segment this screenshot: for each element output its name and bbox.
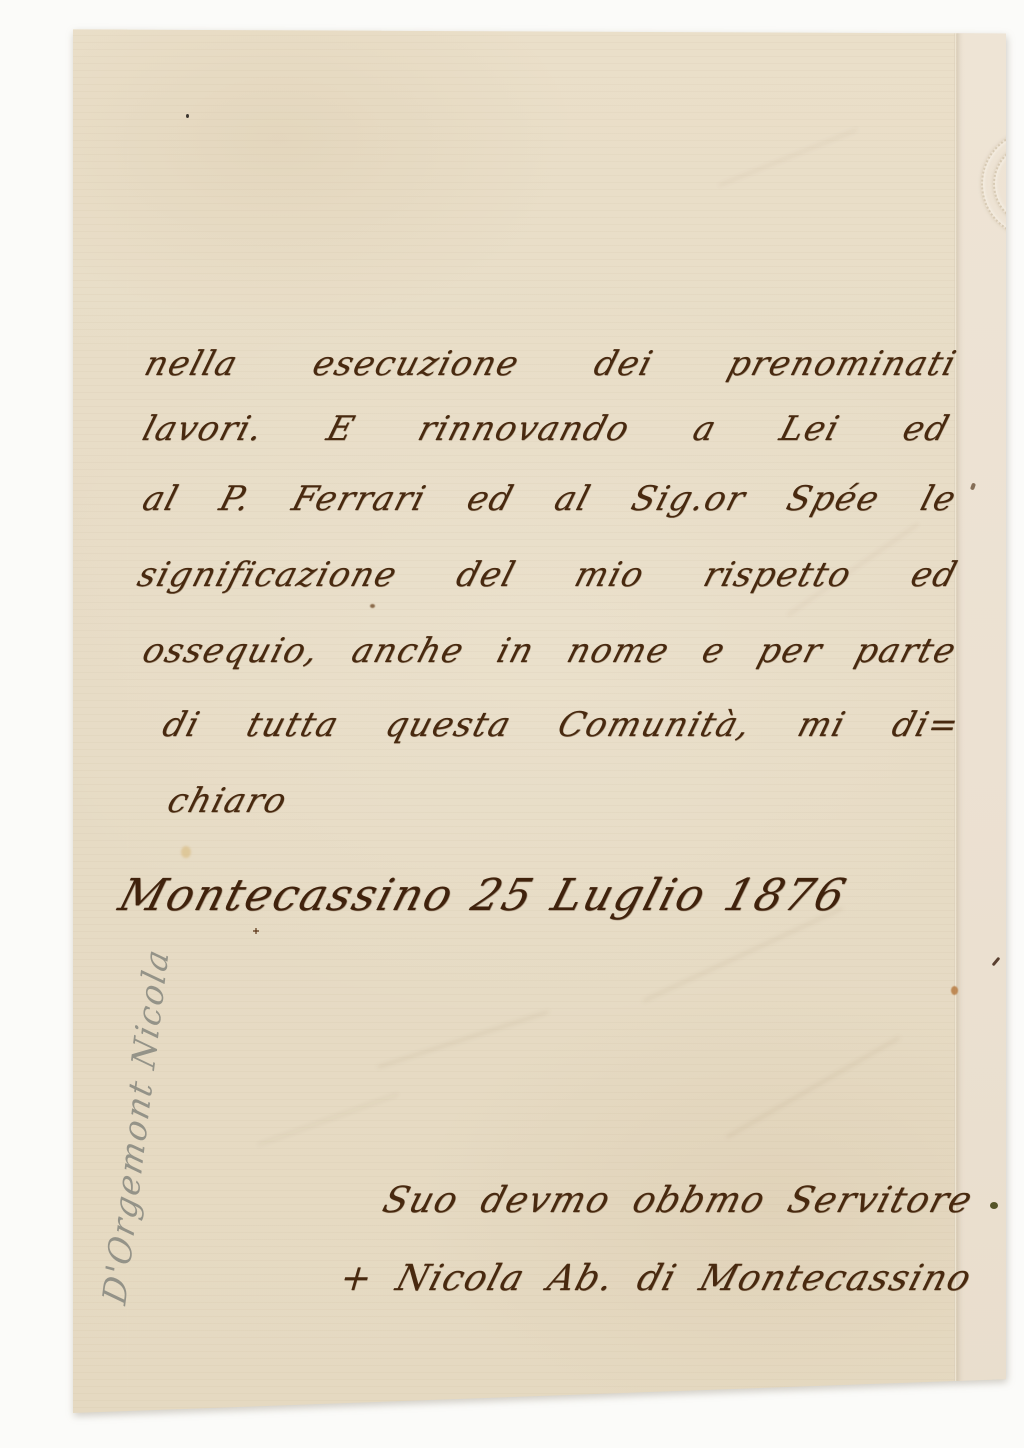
ink-flyspeck: [253, 928, 259, 934]
ink-speck: [186, 114, 189, 118]
handwritten-body-line: chiaro: [163, 782, 574, 821]
bleed-through-mark: [726, 1036, 901, 1139]
handwritten-closing-line: Suo devmo obbmo Servitore: [378, 1180, 978, 1221]
handwritten-signature-line: + Nicola Ab. di Montecassino: [335, 1258, 977, 1299]
foxing-speck: [370, 604, 375, 608]
letter-sheet: nella esecuzione dei prenominati lavori.…: [73, 28, 1006, 1413]
paper-shadow: nella esecuzione dei prenominati lavori.…: [0, 0, 1024, 1448]
handwritten-body-line: ossequio, anche in nome e per parte: [138, 632, 961, 671]
letter-scan: nella esecuzione dei prenominati lavori.…: [0, 0, 1024, 1448]
handwritten-body-line: nella esecuzione dei prenominati: [140, 345, 961, 384]
foxing-stain: [181, 846, 191, 858]
handwritten-body-line: di tutta questa Comunità, mi di=: [158, 706, 964, 745]
handwritten-dateline: Montecassino 25 Luglio 1876: [113, 871, 853, 922]
handwritten-body-line: significazione del mio rispetto ed: [133, 556, 962, 595]
bleed-through-mark: [377, 1010, 549, 1068]
handwritten-body-line: al P. Ferrari ed al Sig.or Spée le: [138, 480, 961, 519]
handwritten-body-line: lavori. E rinnovando a Lei ed: [138, 410, 954, 449]
bleed-through-mark: [257, 1092, 399, 1146]
bleed-through-mark: [718, 128, 858, 187]
pencil-annotation: D'Orgemont Nicola: [92, 922, 188, 1332]
